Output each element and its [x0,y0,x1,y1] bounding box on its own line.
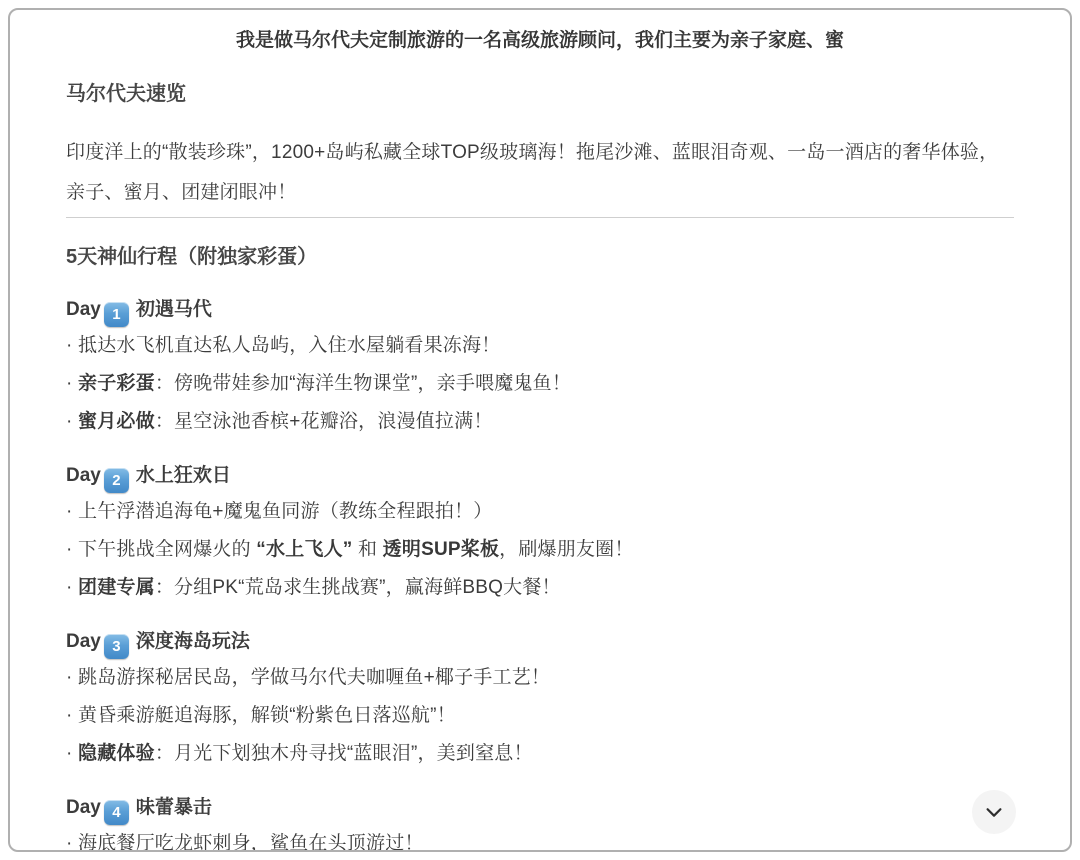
day-section: Day1初遇马代· 抵达水飞机直达私人岛屿，入住水屋躺看果冻海！· 亲子彩蛋：傍… [66,295,1014,441]
day-bullet: · 上午浮潜追海龟+魔鬼鱼同游（教练全程跟拍！） [66,493,1014,531]
day-bullet: · 跳岛游探秘居民岛，学做马尔代夫咖喱鱼+椰子手工艺！ [66,659,1014,697]
day-heading: Day4味蕾暴击 [66,793,1014,825]
day-bullet: · 蜜月必做：星空泳池香槟+花瓣浴，浪漫值拉满！ [66,403,1014,441]
scroll-down-button[interactable] [972,790,1016,834]
day-bullet: · 亲子彩蛋：傍晚带娃参加“海洋生物课堂”，亲手喂魔鬼鱼！ [66,365,1014,403]
content-card: 我是做马尔代夫定制旅游的一名高级旅游顾问，我们主要为亲子家庭、蜜 马尔代夫速览 … [8,8,1072,852]
day-bullet: · 隐藏体验：月光下划独木舟寻找“蓝眼泪”，美到窒息！ [66,735,1014,773]
intro-title: 我是做马尔代夫定制旅游的一名高级旅游顾问，我们主要为亲子家庭、蜜 [66,28,1014,54]
day-label: Day [66,465,101,486]
day-title: 初遇马代 [136,299,212,320]
day-bullet: · 团建专属：分组PK“荒岛求生挑战赛”，赢海鲜BBQ大餐！ [66,569,1014,607]
keycap-number-emoji: 1 [104,302,129,327]
day-heading: Day2水上狂欢日 [66,461,1014,493]
chevron-down-icon [983,801,1005,823]
day-label: Day [66,631,101,652]
day-section: Day2水上狂欢日· 上午浮潜追海龟+魔鬼鱼同游（教练全程跟拍！）· 下午挑战全… [66,461,1014,607]
day-label: Day [66,299,101,320]
day-title: 水上狂欢日 [136,465,231,486]
day-label: Day [66,797,101,818]
keycap-number-emoji: 3 [104,634,129,659]
day-title: 味蕾暴击 [136,797,212,818]
day-bullet: · 海底餐厅吃龙虾刺身，鲨鱼在头顶游过！ [66,825,1014,852]
keycap-number-emoji: 2 [104,468,129,493]
day-bullet: · 抵达水飞机直达私人岛屿，入住水屋躺看果冻海！ [66,327,1014,365]
day-bullet: · 黄昏乘游艇追海豚，解锁“粉紫色日落巡航”！ [66,697,1014,735]
day-heading: Day3深度海岛玩法 [66,627,1014,659]
day-section: Day3深度海岛玩法· 跳岛游探秘居民岛，学做马尔代夫咖喱鱼+椰子手工艺！· 黄… [66,627,1014,773]
itinerary-heading: 5天神仙行程（附独家彩蛋） [66,243,1014,271]
overview-body: 印度洋上的“散装珍珠”，1200+岛屿私藏全球TOP级玻璃海！拖尾沙滩、蓝眼泪奇… [66,133,1014,213]
day-title: 深度海岛玩法 [136,631,250,652]
itinerary-days: Day1初遇马代· 抵达水飞机直达私人岛屿，入住水屋躺看果冻海！· 亲子彩蛋：傍… [66,295,1014,852]
day-heading: Day1初遇马代 [66,295,1014,327]
keycap-number-emoji: 4 [104,800,129,825]
section-divider [66,217,1014,218]
overview-heading: 马尔代夫速览 [66,80,1014,108]
day-bullet: · 下午挑战全网爆火的 “水上飞人” 和 透明SUP桨板，刷爆朋友圈！ [66,531,1014,569]
day-section: Day4味蕾暴击· 海底餐厅吃龙虾刺身，鲨鱼在头顶游过！ [66,793,1014,852]
